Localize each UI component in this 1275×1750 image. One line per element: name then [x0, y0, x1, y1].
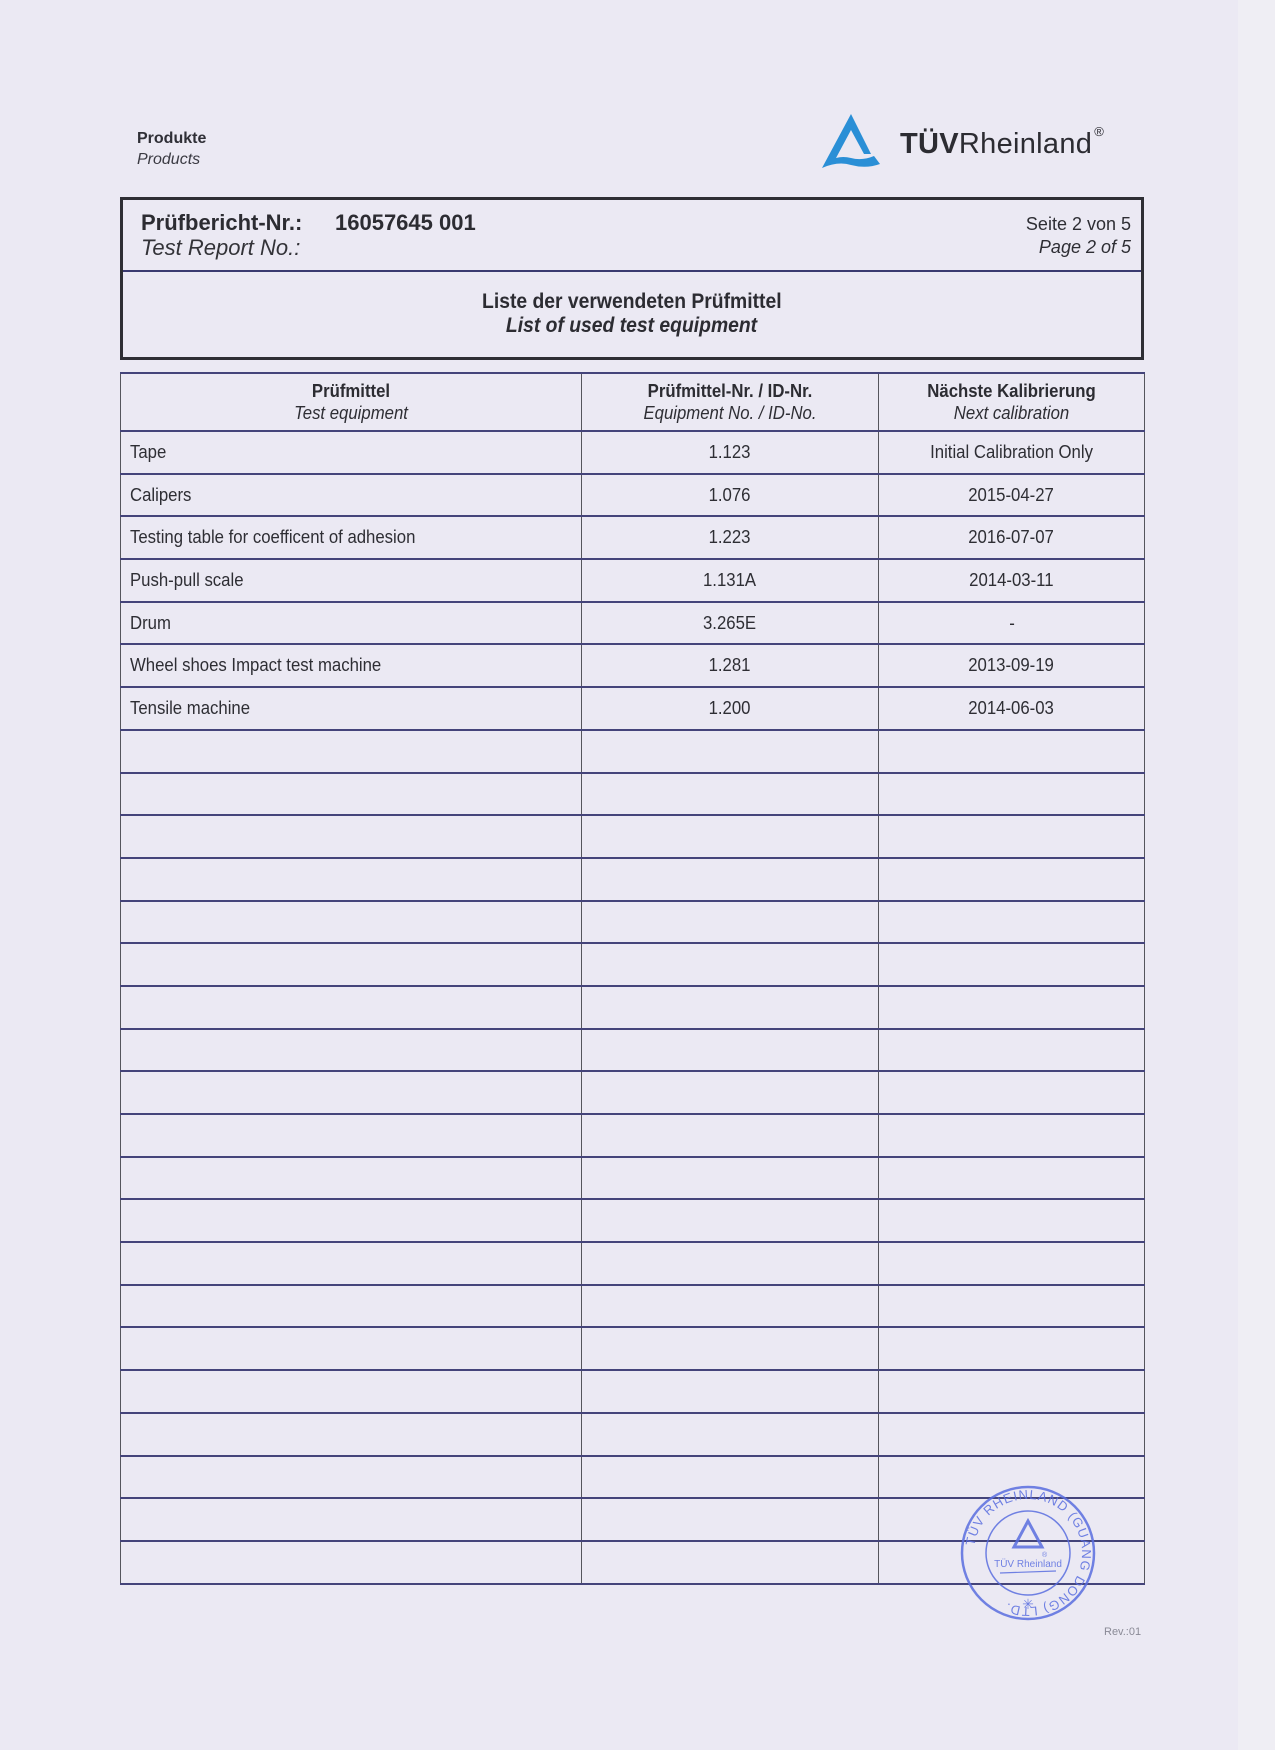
equipment-id-cell	[582, 986, 879, 1029]
equipment-id-cell	[582, 1157, 879, 1200]
tuv-logo: TÜVRheinland®	[818, 112, 1104, 172]
revision-label: Rev.:01	[1104, 1626, 1141, 1638]
equipment-id-cell	[582, 1285, 879, 1328]
equipment-id-cell	[582, 1456, 879, 1499]
equipment-id-cell: 1.200	[582, 687, 879, 730]
equipment-name-cell: Push-pull scale	[121, 559, 582, 602]
table-row-empty	[121, 901, 1145, 944]
equipment-id-cell: 1.123	[582, 431, 879, 474]
equipment-name-cell	[121, 1541, 582, 1584]
stamp-star-icon: ✳	[1022, 1596, 1034, 1612]
equipment-name-cell	[121, 901, 582, 944]
next-calibration-cell	[879, 773, 1145, 816]
equipment-name-cell	[121, 730, 582, 773]
stamp-triangle-icon	[1014, 1521, 1042, 1547]
equipment-id-cell: 1.131A	[582, 559, 879, 602]
table-row: Drum 3.265E -	[121, 602, 1145, 645]
table-row-empty	[121, 1157, 1145, 1200]
equipment-table: Prüfmittel Test equipment Prüfmittel-Nr.…	[120, 372, 1145, 1585]
page-indicator-de: Seite 2 von 5	[1026, 214, 1131, 235]
next-calibration-cell	[879, 943, 1145, 986]
equipment-name-cell	[121, 858, 582, 901]
table-row: Calipers 1.076 2015-04-27	[121, 474, 1145, 517]
report-header-box: Prüfbericht-Nr.: 16057645 001 Test Repor…	[120, 197, 1144, 360]
page-title-en: List of used test equipment	[506, 314, 757, 338]
next-calibration-cell	[879, 1327, 1145, 1370]
column-header-equipment: Prüfmittel Test equipment	[121, 373, 582, 431]
table-row-empty	[121, 943, 1145, 986]
report-number-section: Prüfbericht-Nr.: 16057645 001 Test Repor…	[123, 200, 1141, 272]
table-row-empty	[121, 815, 1145, 858]
equipment-name-cell: Tensile machine	[121, 687, 582, 730]
equipment-name-cell: Calipers	[121, 474, 582, 517]
equipment-id-cell	[582, 1327, 879, 1370]
table-row: Tape 1.123 Initial Calibration Only	[121, 431, 1145, 474]
next-calibration-cell	[879, 730, 1145, 773]
equipment-name-cell	[121, 1071, 582, 1114]
equipment-name-cell	[121, 1327, 582, 1370]
equipment-id-cell	[582, 1199, 879, 1242]
next-calibration-cell: 2016-07-07	[879, 516, 1145, 559]
equipment-name-cell	[121, 1285, 582, 1328]
equipment-name-cell	[121, 1498, 582, 1541]
next-calibration-cell	[879, 986, 1145, 1029]
column-header-next-calibration: Nächste Kalibrierung Next calibration	[879, 373, 1145, 431]
equipment-id-cell	[582, 1370, 879, 1413]
next-calibration-cell	[879, 1413, 1145, 1456]
products-label-en: Products	[137, 149, 206, 170]
equipment-id-cell	[582, 1498, 879, 1541]
table-row-empty	[121, 858, 1145, 901]
table-row: Wheel shoes Impact test machine 1.281 20…	[121, 644, 1145, 687]
equipment-id-cell	[582, 1413, 879, 1456]
table-row: Testing table for coefficent of adhesion…	[121, 516, 1145, 559]
next-calibration-cell	[879, 1285, 1145, 1328]
next-calibration-cell: 2013-09-19	[879, 644, 1145, 687]
next-calibration-cell	[879, 1029, 1145, 1072]
next-calibration-cell	[879, 1199, 1145, 1242]
next-calibration-cell: 2014-03-11	[879, 559, 1145, 602]
equipment-name-cell	[121, 1370, 582, 1413]
next-calibration-cell: Initial Calibration Only	[879, 431, 1145, 474]
equipment-name-cell	[121, 1242, 582, 1285]
equipment-name-cell: Drum	[121, 602, 582, 645]
equipment-name-cell	[121, 986, 582, 1029]
equipment-name-cell	[121, 1199, 582, 1242]
equipment-name-cell: Testing table for coefficent of adhesion	[121, 516, 582, 559]
equipment-id-cell	[582, 773, 879, 816]
equipment-id-cell: 1.076	[582, 474, 879, 517]
table-row-empty	[121, 1199, 1145, 1242]
equipment-id-cell	[582, 815, 879, 858]
report-number-label-en: Test Report No.:	[141, 235, 300, 261]
table-row-empty	[121, 1029, 1145, 1072]
equipment-name-cell	[121, 815, 582, 858]
report-number-label-de: Prüfbericht-Nr.:	[141, 210, 302, 236]
next-calibration-cell	[879, 1114, 1145, 1157]
tuv-brand-text: TÜVRheinland®	[900, 128, 1104, 161]
svg-text:®: ®	[1042, 1551, 1048, 1559]
products-label-de: Produkte	[137, 128, 206, 149]
svg-text:TÜV Rheinland: TÜV Rheinland	[994, 1558, 1062, 1570]
equipment-id-cell: 1.281	[582, 644, 879, 687]
next-calibration-cell	[879, 815, 1145, 858]
equipment-name-cell	[121, 943, 582, 986]
page-title: Liste der verwendeten Prüfmittel List of…	[123, 290, 1141, 338]
equipment-name-cell: Wheel shoes Impact test machine	[121, 644, 582, 687]
next-calibration-cell	[879, 858, 1145, 901]
equipment-name-cell	[121, 1413, 582, 1456]
equipment-id-cell	[582, 1242, 879, 1285]
equipment-name-cell	[121, 1029, 582, 1072]
table-row-empty	[121, 1114, 1145, 1157]
equipment-id-cell	[582, 943, 879, 986]
company-stamp: TÜV RHEINLAND (GUANG DONG) LTD. ® TÜV Rh…	[958, 1483, 1098, 1623]
table-row-empty	[121, 986, 1145, 1029]
table-row-empty	[121, 1327, 1145, 1370]
equipment-name-cell	[121, 1456, 582, 1499]
column-header-equipment-id: Prüfmittel-Nr. / ID-Nr. Equipment No. / …	[582, 373, 879, 431]
equipment-id-cell	[582, 730, 879, 773]
next-calibration-cell	[879, 1071, 1145, 1114]
equipment-id-cell	[582, 1029, 879, 1072]
scan-edge	[1238, 0, 1275, 1750]
table-row: Tensile machine 1.200 2014-06-03	[121, 687, 1145, 730]
next-calibration-cell	[879, 1242, 1145, 1285]
next-calibration-cell: 2014-06-03	[879, 687, 1145, 730]
table-row-empty	[121, 1071, 1145, 1114]
products-label: Produkte Products	[137, 128, 206, 170]
next-calibration-cell	[879, 1370, 1145, 1413]
next-calibration-cell	[879, 1157, 1145, 1200]
table-header-row: Prüfmittel Test equipment Prüfmittel-Nr.…	[121, 373, 1145, 431]
tuv-triangle-icon	[818, 112, 884, 172]
report-number: 16057645 001	[335, 210, 476, 236]
equipment-id-cell	[582, 1114, 879, 1157]
next-calibration-cell: 2015-04-27	[879, 474, 1145, 517]
equipment-id-cell	[582, 1541, 879, 1584]
equipment-id-cell	[582, 901, 879, 944]
next-calibration-cell: -	[879, 602, 1145, 645]
page-title-de: Liste der verwendeten Prüfmittel	[482, 290, 782, 314]
next-calibration-cell	[879, 901, 1145, 944]
page-indicator-en: Page 2 of 5	[1039, 237, 1131, 258]
table-row-empty	[121, 1370, 1145, 1413]
equipment-id-cell	[582, 1071, 879, 1114]
table-row: Push-pull scale 1.131A 2014-03-11	[121, 559, 1145, 602]
equipment-id-cell: 3.265E	[582, 602, 879, 645]
equipment-id-cell: 1.223	[582, 516, 879, 559]
equipment-name-cell	[121, 773, 582, 816]
table-row-empty	[121, 1285, 1145, 1328]
equipment-id-cell	[582, 858, 879, 901]
table-row-empty	[121, 730, 1145, 773]
equipment-name-cell	[121, 1157, 582, 1200]
equipment-name-cell: Tape	[121, 431, 582, 474]
table-row-empty	[121, 773, 1145, 816]
table-row-empty	[121, 1242, 1145, 1285]
table-row-empty	[121, 1413, 1145, 1456]
equipment-name-cell	[121, 1114, 582, 1157]
